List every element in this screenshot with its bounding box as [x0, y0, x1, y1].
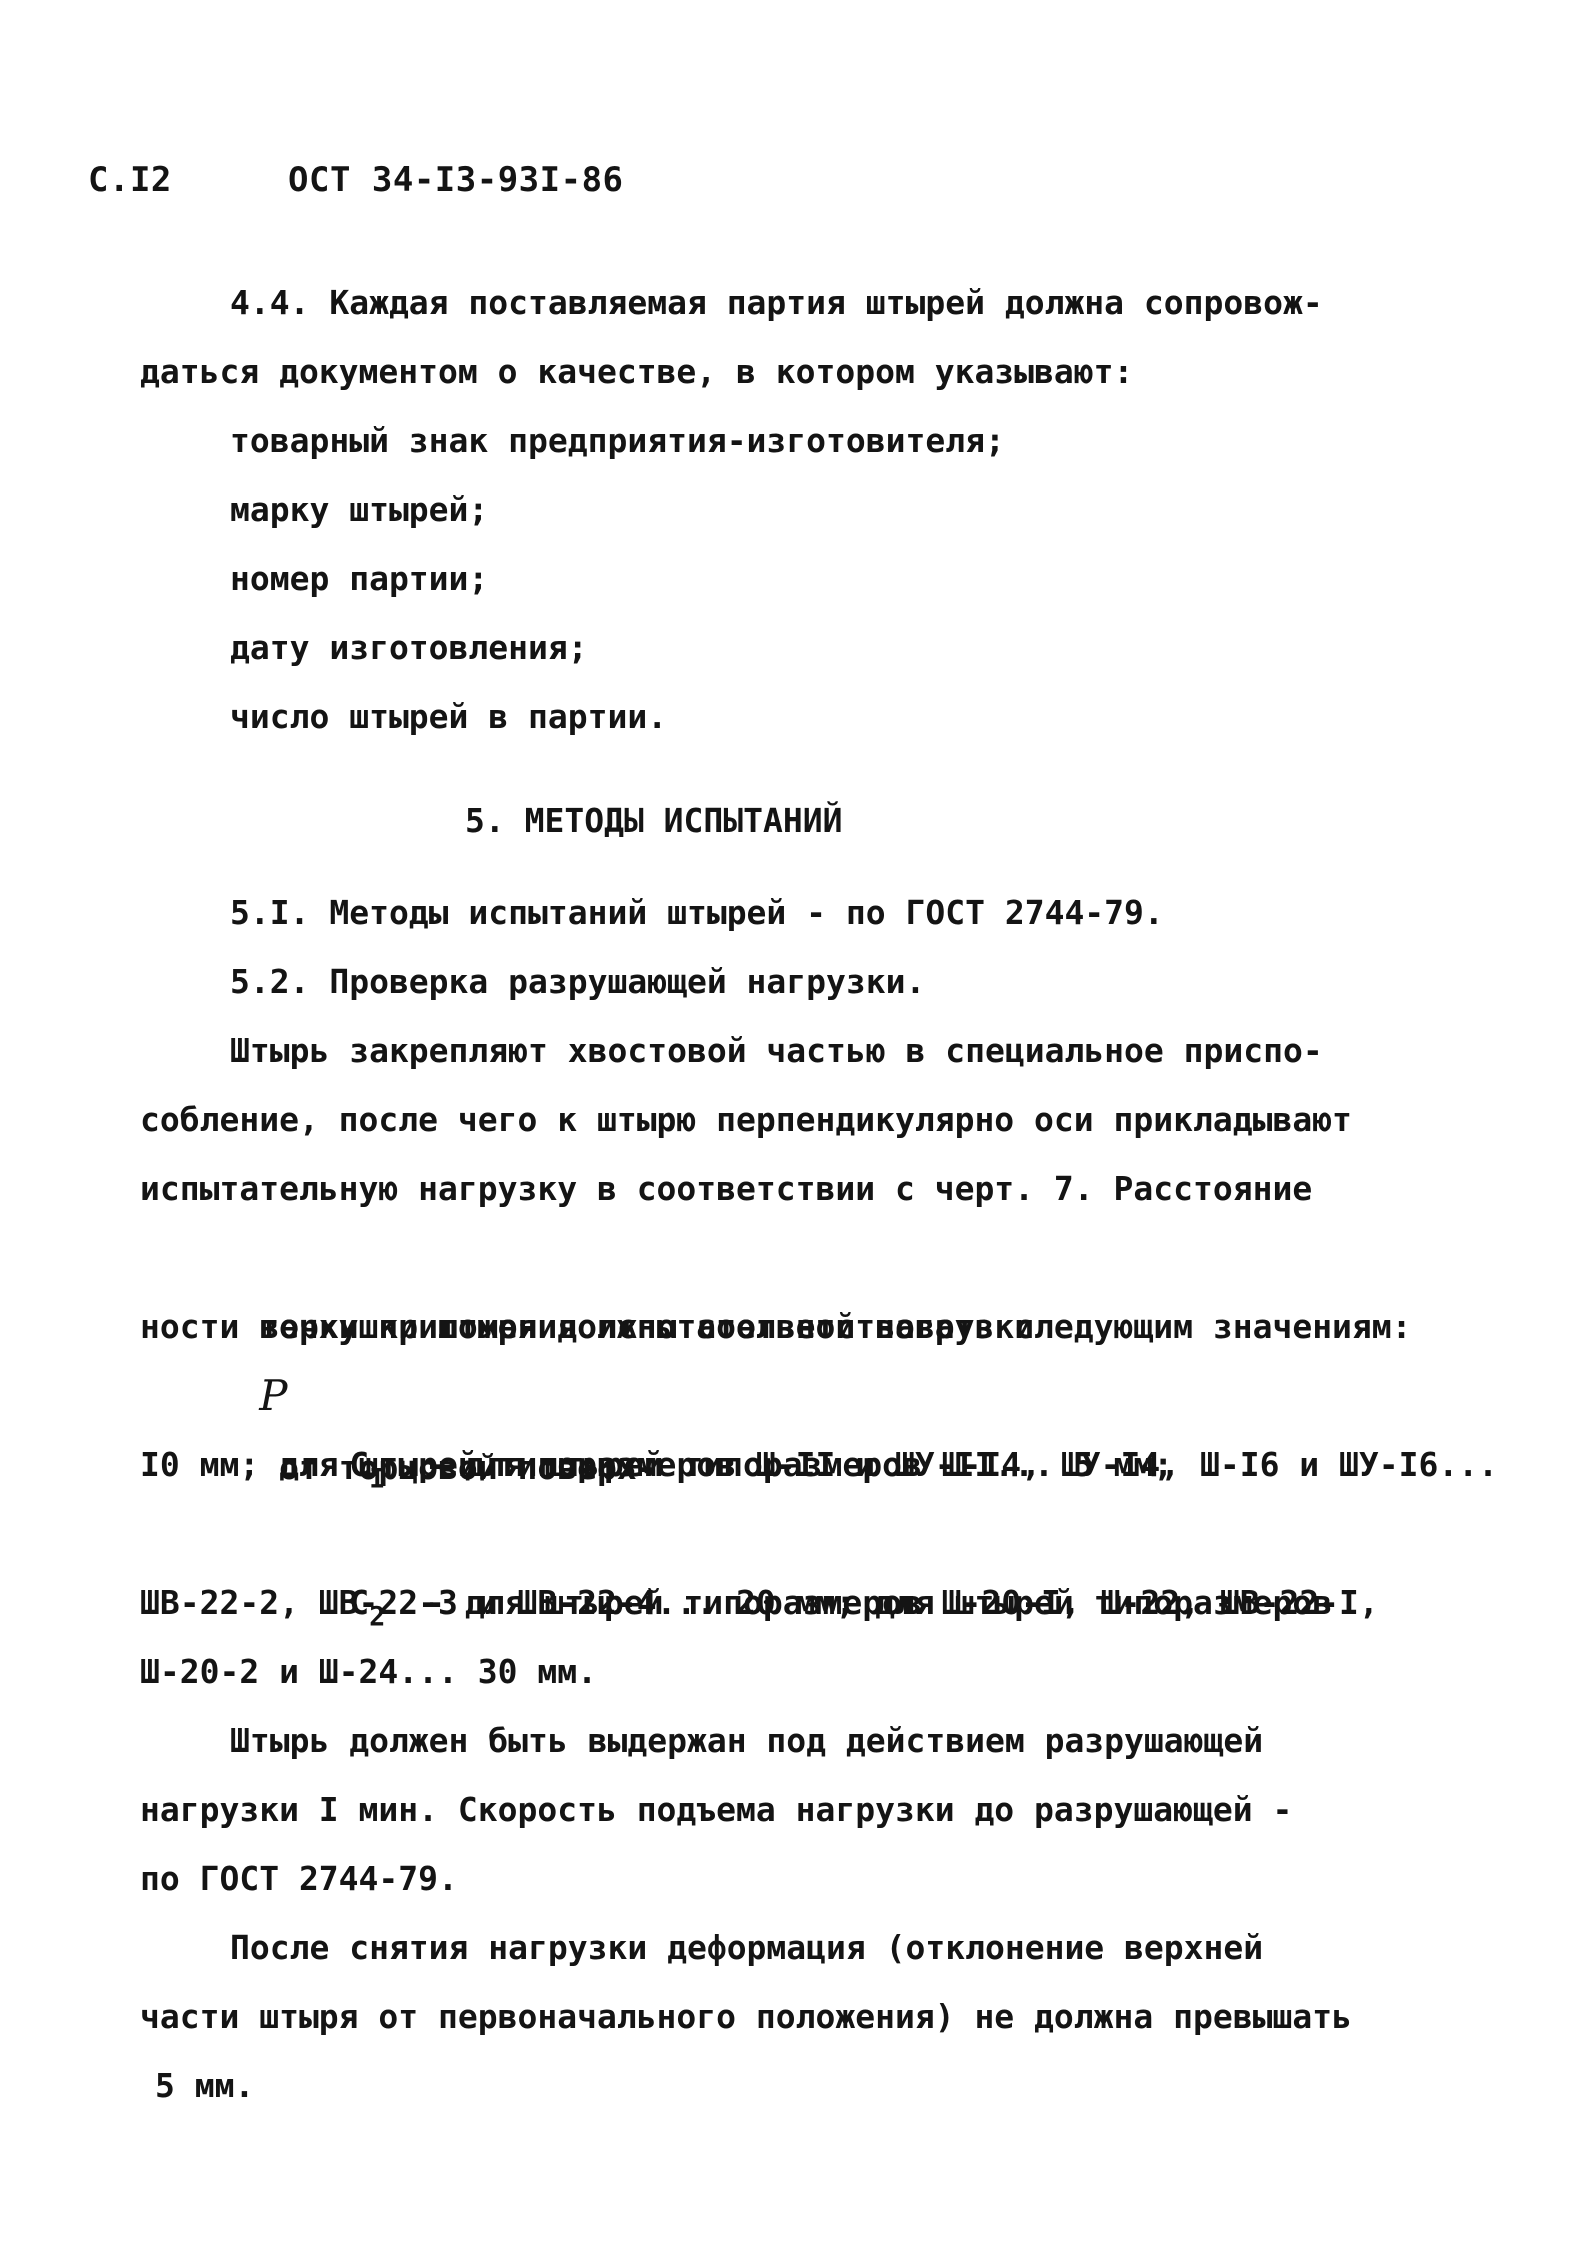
fixture-paragraph-line-2: собление, после чего к штырю перпендикул… — [140, 1085, 1520, 1154]
c2-distance-line-1: С2 - для штырей типоразмеров Ш-20-I, Ш-2… — [140, 1499, 1520, 1568]
document-body: 4.4. Каждая поставляемая партия штырей д… — [140, 268, 1520, 2120]
deformation-paragraph-line-3: 5 мм. — [140, 2051, 1520, 2120]
hold-paragraph-line-1: Штырь должен быть выдержан под действием… — [140, 1706, 1520, 1775]
fixture-paragraph-line-1: Штырь закрепляют хвостовой частью в спец… — [140, 1016, 1520, 1085]
hold-paragraph-line-2: нагрузки I мин. Скорость подъема нагрузк… — [140, 1775, 1520, 1844]
page-number: С.I2 — [88, 158, 172, 202]
force-symbol-P: P — [259, 1371, 287, 1420]
deformation-paragraph-line-1: После снятия нагрузки деформация (отклон… — [140, 1913, 1520, 1982]
clause-5-1-line: 5.I. Методы испытаний штырей - по ГОСТ 2… — [140, 878, 1520, 947]
marking-list-item-manufacture-date: дату изготовления; — [140, 613, 1520, 682]
c2-distance-line-2: ШВ-22-2, ШВ-22-3 и ШВ-22-4... 20 мм; для… — [140, 1568, 1520, 1637]
load-point-line-1: точки приложения испытательной нагрузки … — [140, 1223, 1520, 1292]
clause-4-4-line-2: даться документом о качестве, в котором … — [140, 337, 1520, 406]
standard-number: ОСТ 34-I3-93I-86 — [288, 158, 624, 202]
marking-list-item-brand: марку штырей; — [140, 475, 1520, 544]
hold-paragraph-line-3: по ГОСТ 2744-79. — [140, 1844, 1520, 1913]
marking-list-item-trademark: товарный знак предприятия-изготовителя; — [140, 406, 1520, 475]
deformation-paragraph-line-2: части штыря от первоначального положения… — [140, 1982, 1520, 2051]
clause-5-2-line: 5.2. Проверка разрушающей нагрузки. — [140, 947, 1520, 1016]
fixture-paragraph-line-3: испытательную нагрузку в соответствии с … — [140, 1154, 1520, 1223]
c1-distance-line-1: СI - для штырей типоразмеров Ш-I4, ШУ-I4… — [140, 1361, 1520, 1430]
scanned-document-page: С.I2 ОСТ 34-I3-93I-86 4.4. Каждая постав… — [0, 0, 1594, 2243]
c2-distance-line-3: Ш-20-2 и Ш-24... 30 мм. — [140, 1637, 1520, 1706]
clause-4-4-line-1: 4.4. Каждая поставляемая партия штырей д… — [140, 268, 1520, 337]
section-5-heading: 5. МЕТОДЫ ИСПЫТАНИЙ — [140, 786, 1520, 855]
marking-list-item-quantity: число штырей в партии. — [140, 682, 1520, 751]
marking-list-item-batch-number: номер партии; — [140, 544, 1520, 613]
load-point-line-2: ности верхушки штыря должно соответствов… — [140, 1292, 1520, 1361]
